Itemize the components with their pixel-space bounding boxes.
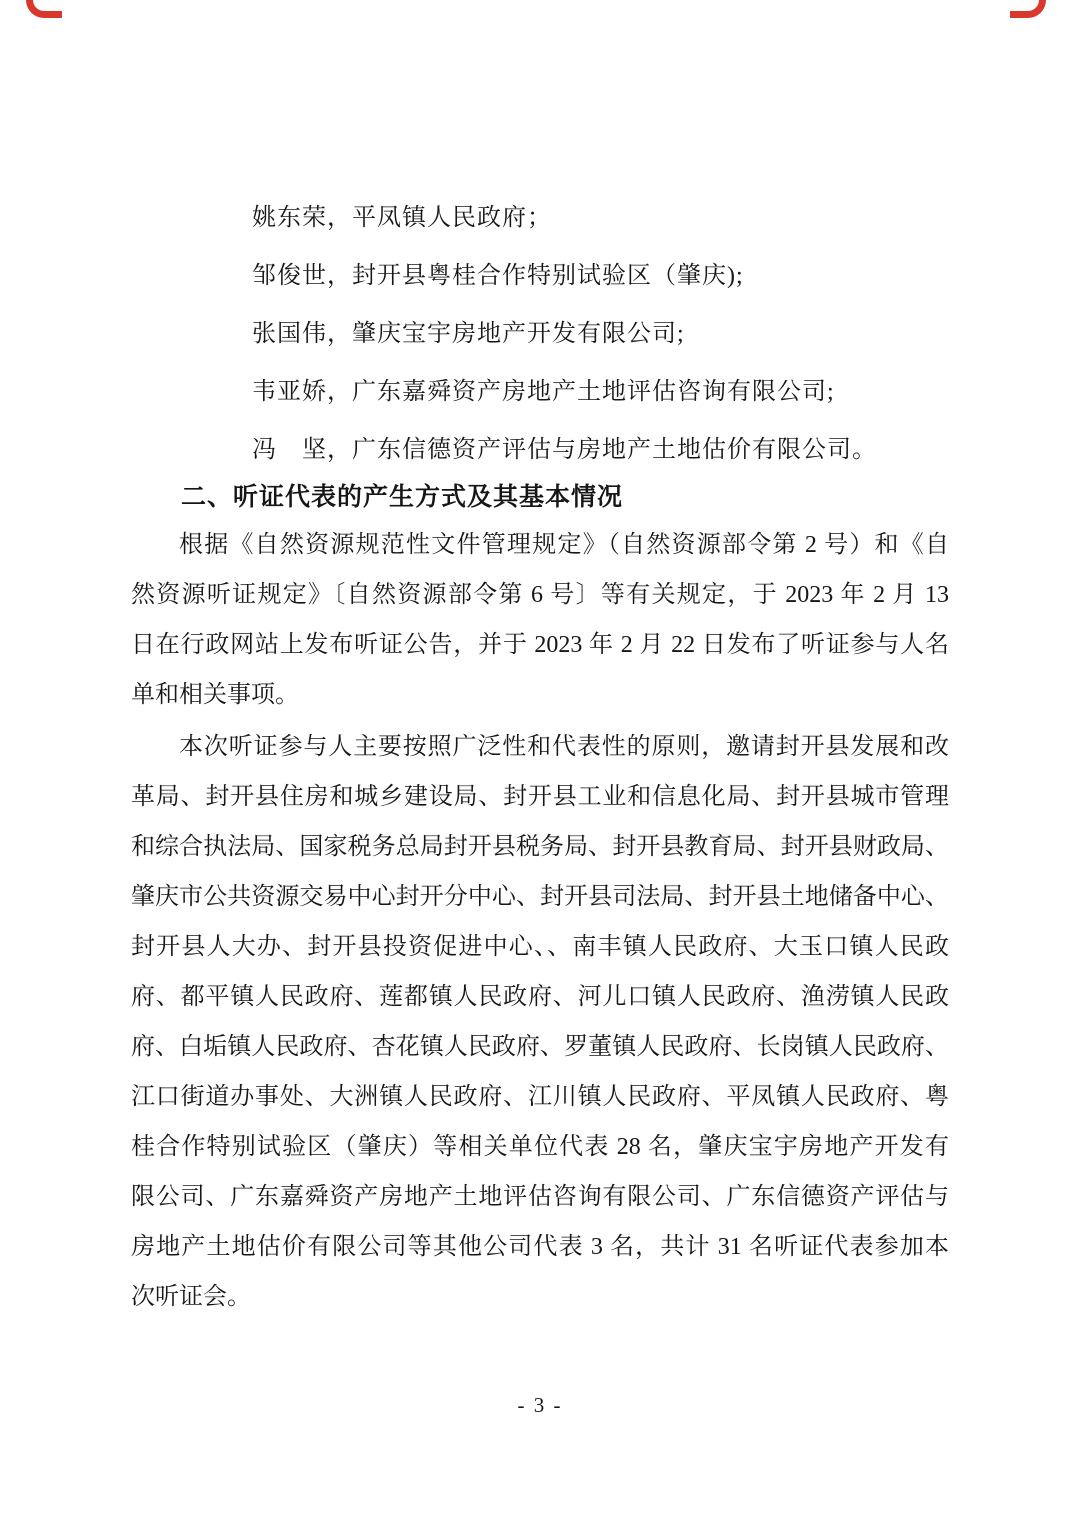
- paragraph-line: 次听证会。: [131, 1272, 949, 1322]
- representative-line: 张国伟，肇庆宝宇房地产开发有限公司;: [131, 305, 949, 363]
- section-heading: 二、听证代表的产生方式及其基本情况: [131, 473, 949, 523]
- paragraph-line: 桂合作特别试验区（肇庆）等相关单位代表 28 名，肇庆宝宇房地产开发有: [131, 1122, 949, 1172]
- paragraph-line: 然资源听证规定》〔自然资源部令第 6 号〕等有关规定，于 2023 年 2 月 …: [131, 570, 949, 620]
- paragraph-line: 府、都平镇人民政府、莲都镇人民政府、河儿口镇人民政府、渔涝镇人民政: [131, 972, 949, 1022]
- paragraph-1: 根据《自然资源规范性文件管理规定》（自然资源部令第 2 号）和《自 然资源听证规…: [131, 520, 949, 720]
- representative-line: 冯 坚，广东信德资产评估与房地产土地估价有限公司。: [131, 421, 949, 479]
- representative-line: 姚东荣，平凤镇人民政府；: [131, 189, 949, 247]
- paragraph-line: 限公司、广东嘉舜资产房地产土地评估咨询有限公司、广东信德资产评估与: [131, 1172, 949, 1222]
- paragraph-line: 房地产土地估价有限公司等其他公司代表 3 名，共计 31 名听证代表参加本: [131, 1222, 949, 1272]
- representative-list: 姚东荣，平凤镇人民政府； 邹俊世，封开县粤桂合作特别试验区（肇庆); 张国伟，肇…: [131, 189, 949, 479]
- paragraph-line: 封开县人大办、封开县投资促进中心、、南丰镇人民政府、大玉口镇人民政: [131, 922, 949, 972]
- paragraph-line: 单和相关事项。: [131, 670, 949, 720]
- paragraph-line: 江口街道办事处、大洲镇人民政府、江川镇人民政府、平凤镇人民政府、粤: [131, 1072, 949, 1122]
- red-corner-mark-right: [1010, 0, 1046, 18]
- page-number: - 3 -: [0, 1385, 1080, 1425]
- paragraph-2: 本次听证参与人主要按照广泛性和代表性的原则，邀请封开县发展和改 革局、封开县住房…: [131, 722, 949, 1322]
- representative-line: 韦亚娇，广东嘉舜资产房地产土地评估咨询有限公司;: [131, 363, 949, 421]
- paragraph-line: 日在行政网站上发布听证公告，并于 2023 年 2 月 22 日发布了听证参与人…: [131, 620, 949, 670]
- paragraph-line: 革局、封开县住房和城乡建设局、封开县工业和信息化局、封开县城市管理: [131, 772, 949, 822]
- document-page: 姚东荣，平凤镇人民政府； 邹俊世，封开县粤桂合作特别试验区（肇庆); 张国伟，肇…: [0, 0, 1080, 1527]
- paragraph-line: 本次听证参与人主要按照广泛性和代表性的原则，邀请封开县发展和改: [131, 722, 949, 772]
- paragraph-line: 府、白垢镇人民政府、杏花镇人民政府、罗董镇人民政府、长岗镇人民政府、: [131, 1022, 949, 1072]
- representative-line: 邹俊世，封开县粤桂合作特别试验区（肇庆);: [131, 247, 949, 305]
- red-corner-mark-left: [26, 0, 62, 18]
- paragraph-line: 和综合执法局、国家税务总局封开县税务局、封开县教育局、封开县财政局、: [131, 822, 949, 872]
- paragraph-line: 肇庆市公共资源交易中心封开分中心、封开县司法局、封开县土地储备中心、: [131, 872, 949, 922]
- paragraph-line: 根据《自然资源规范性文件管理规定》（自然资源部令第 2 号）和《自: [131, 520, 949, 570]
